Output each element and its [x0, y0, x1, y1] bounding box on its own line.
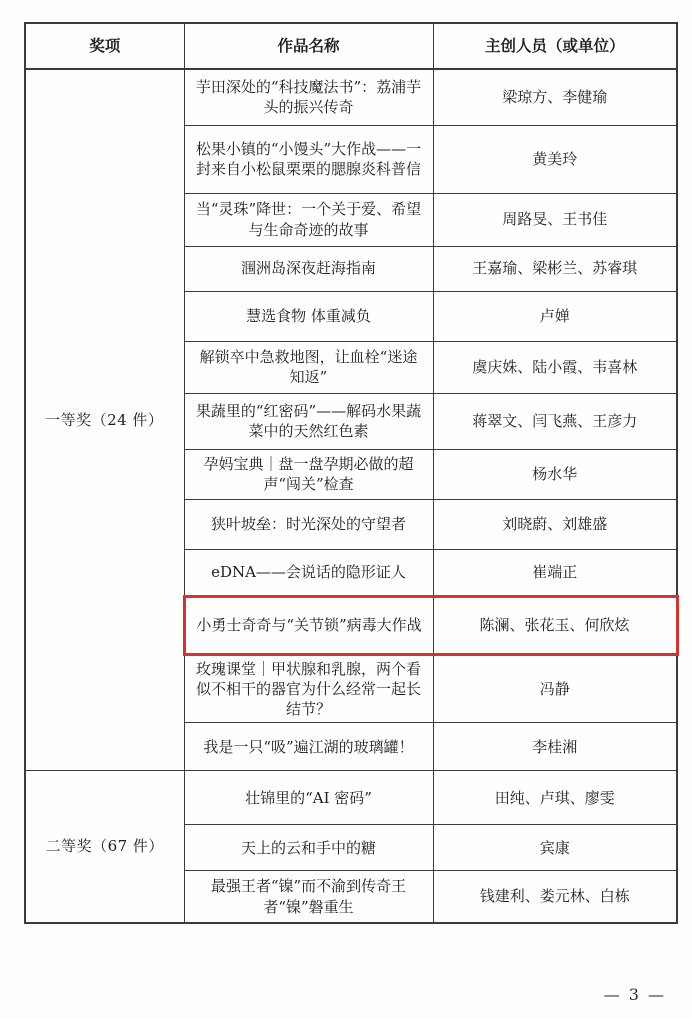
work-title-cell: 天上的云和手中的糖: [184, 825, 433, 871]
award-group-cell-first-prize: 一等奖（24 件）: [25, 69, 184, 771]
creators-cell: 杨水华: [433, 449, 677, 499]
creators-cell: 黄美玲: [433, 125, 677, 193]
creators-cell: 虞庆姝、陆小霞、韦喜林: [433, 341, 677, 393]
awards-table: 奖项 作品名称 主创人员（或单位） 一等奖（24 件） 芋田深处的“科技魔法书”…: [24, 22, 679, 924]
header-row: 奖项 作品名称 主创人员（或单位）: [25, 23, 677, 69]
creators-cell: 崔端正: [433, 549, 677, 596]
creators-cell: 田纯、卢琪、廖雯: [433, 771, 677, 825]
creators-cell: 周路旻、王书佳: [433, 193, 677, 246]
creators-cell: 宾康: [433, 825, 677, 871]
work-title-cell: 慧选食物 体重减负: [184, 291, 433, 341]
award-group-cell-second-prize: 二等奖（67 件）: [25, 771, 184, 923]
work-title-cell: 最强王者“镍”而不渝到传奇王者“镍”磐重生: [184, 871, 433, 923]
work-title-cell: 我是一只“吸”遍江湖的玻璃罐！: [184, 723, 433, 771]
creators-cell: 梁琼方、李健瑜: [433, 69, 677, 125]
work-title-cell: 芋田深处的“科技魔法书”：荔浦芋头的振兴传奇: [184, 69, 433, 125]
work-title-cell: 孕妈宝典｜盘一盘孕期必做的超声“闯关”检查: [184, 449, 433, 499]
work-title-cell: eDNA——会说话的隐形证人: [184, 549, 433, 596]
work-title-cell: 玫瑰课堂｜甲状腺和乳腺，两个看似不相干的器官为什么经常一起长结节？: [184, 654, 433, 723]
work-title-cell: 松果小镇的“小馒头”大作战——一封来自小松鼠栗栗的腮腺炎科普信: [184, 125, 433, 193]
work-title-cell-highlighted: 小勇士奇奇与“关节锁”病毒大作战: [184, 596, 433, 654]
table-row: 一等奖（24 件） 芋田深处的“科技魔法书”：荔浦芋头的振兴传奇 梁琼方、李健瑜: [25, 69, 677, 125]
work-title-cell: 狭叶坡垒：时光深处的守望者: [184, 499, 433, 549]
page-number: — 3 —: [604, 985, 666, 1004]
creators-cell: 卢婵: [433, 291, 677, 341]
creators-cell: 李桂湘: [433, 723, 677, 771]
table-row: 二等奖（67 件） 壮锦里的“AI 密码” 田纯、卢琪、廖雯: [25, 771, 677, 825]
creators-cell-highlighted: 陈澜、张花玉、何欣炫: [433, 596, 677, 654]
work-title-cell: 当“灵珠”降世：一个关于爱、希望与生命奇迹的故事: [184, 193, 433, 246]
work-title-cell: 果蔬里的“红密码”——解码水果蔬菜中的天然红色素: [184, 393, 433, 449]
work-title-cell: 涠洲岛深夜赶海指南: [184, 246, 433, 291]
work-title-cell: 壮锦里的“AI 密码”: [184, 771, 433, 825]
creators-cell: 王嘉瑜、梁彬兰、苏睿琪: [433, 246, 677, 291]
work-title-cell: 解锁卒中急救地图，让血栓“迷途知返”: [184, 341, 433, 393]
creators-cell: 冯静: [433, 654, 677, 723]
creators-cell: 刘晓蔚、刘雄盛: [433, 499, 677, 549]
creators-cell: 蒋翠文、闫飞燕、王彦力: [433, 393, 677, 449]
document-page: 奖项 作品名称 主创人员（或单位） 一等奖（24 件） 芋田深处的“科技魔法书”…: [0, 0, 692, 1018]
creators-cell: 钱建利、娄元林、白栋: [433, 871, 677, 923]
header-creators: 主创人员（或单位）: [433, 23, 677, 69]
header-award: 奖项: [25, 23, 184, 69]
header-work-title: 作品名称: [184, 23, 433, 69]
